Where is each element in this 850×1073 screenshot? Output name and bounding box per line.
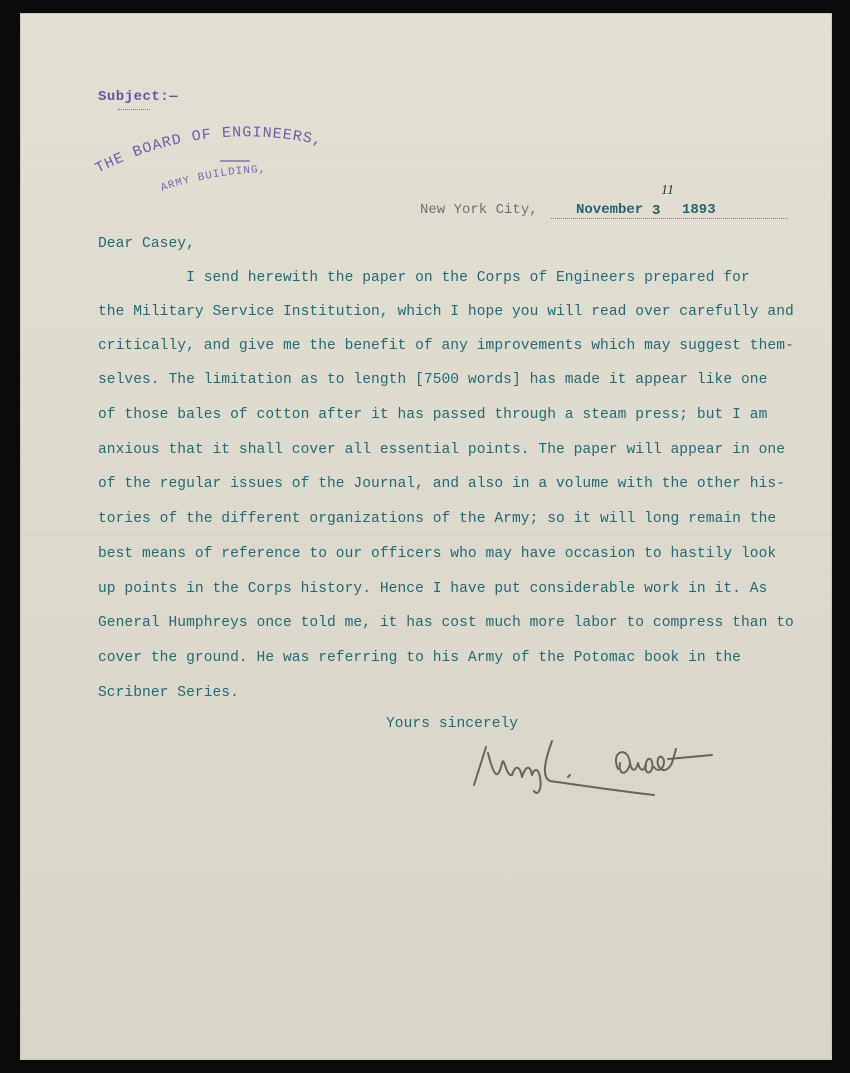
letterhead-organization: THE BOARD OF ENGINEERS,: [93, 124, 324, 177]
paper-fold: [20, 533, 832, 535]
svg-text:ARMY BUILDING,: ARMY BUILDING,: [159, 164, 266, 195]
subject-label: Subject:—: [98, 89, 178, 105]
closing: Yours sincerely: [386, 716, 518, 732]
svg-text:THE BOARD OF ENGINEERS,: THE BOARD OF ENGINEERS,: [93, 124, 324, 177]
subject-underline: [118, 109, 150, 110]
body-line: up points in the Corps history. Hence I …: [98, 581, 767, 597]
body-line: tories of the different organizations of…: [98, 511, 776, 527]
place: New York City,: [420, 202, 538, 218]
body-line: cover the ground. He was referring to hi…: [98, 650, 741, 666]
body-line: General Humphreys once told me, it has c…: [98, 615, 794, 631]
letterhead-stamp: THE BOARD OF ENGINEERS, ARMY BUILDING,: [90, 111, 390, 201]
body-line: I send herewith the paper on the Corps o…: [98, 270, 750, 286]
body-line: Scribner Series.: [98, 685, 239, 701]
body-line: selves. The limitation as to length [750…: [98, 372, 767, 388]
date-day-struck: 3: [652, 203, 660, 219]
date-day-correction: 11: [661, 183, 674, 199]
body-line: of those bales of cotton after it has pa…: [98, 407, 767, 423]
body-line: the Military Service Institution, which …: [98, 304, 794, 320]
body-line: of the regular issues of the Journal, an…: [98, 476, 785, 492]
date-underline: [551, 218, 788, 219]
salutation: Dear Casey,: [98, 236, 195, 252]
date-month: November: [576, 202, 643, 218]
body-line: anxious that it shall cover all essentia…: [98, 442, 785, 458]
handwritten-signature: [468, 733, 728, 803]
letterhead-building: ARMY BUILDING,: [159, 164, 266, 195]
letter-page: Subject:— THE BOARD OF ENGINEERS, ARMY B…: [20, 13, 832, 1060]
body-line: critically, and give me the benefit of a…: [98, 338, 794, 354]
date-year: 1893: [682, 202, 716, 218]
letterhead-arc: THE BOARD OF ENGINEERS, ARMY BUILDING,: [90, 111, 390, 201]
body-line: best means of reference to our officers …: [98, 546, 776, 562]
